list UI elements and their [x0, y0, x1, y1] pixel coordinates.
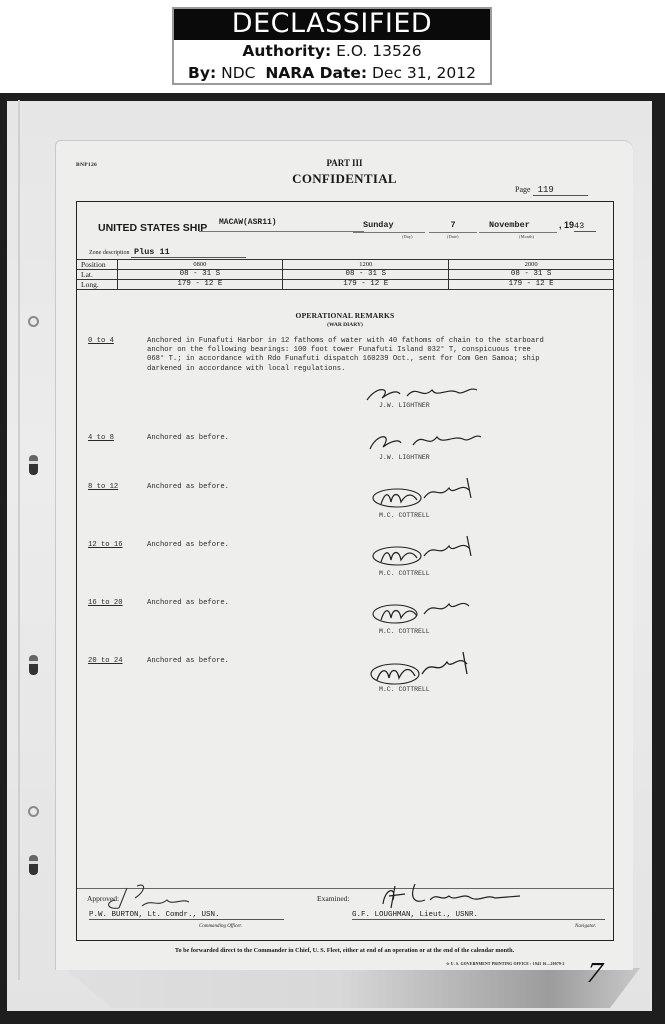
binder-hole-icon	[28, 806, 39, 817]
officer-name: J.W. LIGHTNER	[379, 402, 430, 409]
commanding-officer-role: Commanding Officer.	[199, 924, 242, 929]
position-table: Position 0800 1200 2000 Lat. 08 - 31 S 0…	[77, 259, 613, 290]
watch-period: 16 to 20	[88, 599, 123, 608]
remarks-title: OPERATIONAL REMARKS	[77, 311, 613, 320]
entry-text: Anchored in Funafuti Harbor in 12 fathom…	[147, 337, 547, 374]
binder-prong-icon	[29, 855, 38, 875]
stamp-by-date: By: NDC NARA Date: Dec 31, 2012	[174, 62, 490, 84]
month-field: November	[479, 220, 557, 233]
binder-prong-icon	[29, 455, 38, 475]
binder-hole-icon	[28, 316, 39, 327]
log-form: UNITED STATES SHIP MACAW(ASR11) Sunday (…	[76, 201, 614, 941]
table-row: Long. 179 - 12 E 179 - 12 E 179 - 12 E	[77, 280, 613, 290]
signature-cottrell-icon	[369, 592, 489, 628]
table-row: Lat. 08 - 31 S 08 - 31 S 08 - 31 S	[77, 270, 613, 280]
officer-name: M.C. COTTRELL	[379, 686, 430, 693]
ship-label: UNITED STATES SHIP	[98, 222, 207, 234]
day-caption: (Day)	[402, 234, 413, 239]
stamp-title: DECLASSIFIED	[174, 9, 490, 40]
page-edge-shadow	[40, 968, 640, 1008]
commanding-officer-signature-line: P.W. BURTON, Lt. Comdr., USN.	[89, 911, 284, 920]
binder-fold-line	[18, 100, 20, 980]
remarks-subtitle: (WAR DIARY)	[77, 322, 613, 328]
zone-description: Zone description Plus 11	[89, 247, 246, 258]
binder-prong-icon	[29, 655, 38, 675]
year-field: , 1943	[559, 220, 596, 232]
watch-period: 0 to 4	[88, 337, 114, 346]
officer-name: M.C. COTTRELL	[379, 512, 430, 519]
date-caption: (Date)	[447, 234, 459, 239]
month-caption: (Month)	[519, 234, 534, 239]
part-heading: PART III	[56, 158, 633, 168]
navigator-signature-line: G.F. LOUGHMAN, Lieut., USNR.	[352, 911, 605, 920]
officer-name: M.C. COTTRELL	[379, 570, 430, 577]
printer-imprint: ☆ U. S. GOVERNMENT PRINTING OFFICE : 194…	[446, 961, 565, 966]
ship-name: MACAW(ASR11)	[199, 218, 364, 232]
signature-loughman-icon	[375, 878, 525, 912]
watch-period: 20 to 24	[88, 657, 123, 666]
declassified-stamp: DECLASSIFIED Authority: E.O. 13526 By: N…	[172, 7, 492, 85]
watch-period: 4 to 8	[88, 434, 114, 443]
forwarding-instruction: To be forwarded direct to the Commander …	[56, 947, 633, 954]
signature-lightner-icon	[365, 427, 485, 455]
stamp-authority: Authority: E.O. 13526	[174, 40, 490, 62]
watch-period: 12 to 16	[88, 541, 123, 550]
signature-cottrell-icon	[367, 650, 487, 688]
officer-name: J.W. LIGHTNER	[379, 454, 430, 461]
day-field: Sunday	[353, 220, 425, 233]
officer-name: M.C. COTTRELL	[379, 628, 430, 635]
page-number: Page 119	[515, 185, 588, 196]
watch-period: 8 to 12	[88, 483, 118, 492]
position-table-header: Position 0800 1200 2000	[77, 260, 613, 270]
date-field: 7	[429, 220, 477, 233]
signature-cottrell-icon	[369, 532, 489, 568]
examined-label: Examined:	[317, 894, 350, 903]
war-diary-page: BNP126 PART III CONFIDENTIAL Page 119 UN…	[55, 140, 633, 970]
entry-text: Anchored as before.	[147, 657, 547, 666]
entry-text: Anchored as before.	[147, 434, 547, 443]
signature-cottrell-icon	[369, 474, 489, 510]
ship-info-row: UNITED STATES SHIP MACAW(ASR11) Sunday (…	[77, 216, 613, 246]
navigator-role: Navigator.	[575, 924, 596, 929]
